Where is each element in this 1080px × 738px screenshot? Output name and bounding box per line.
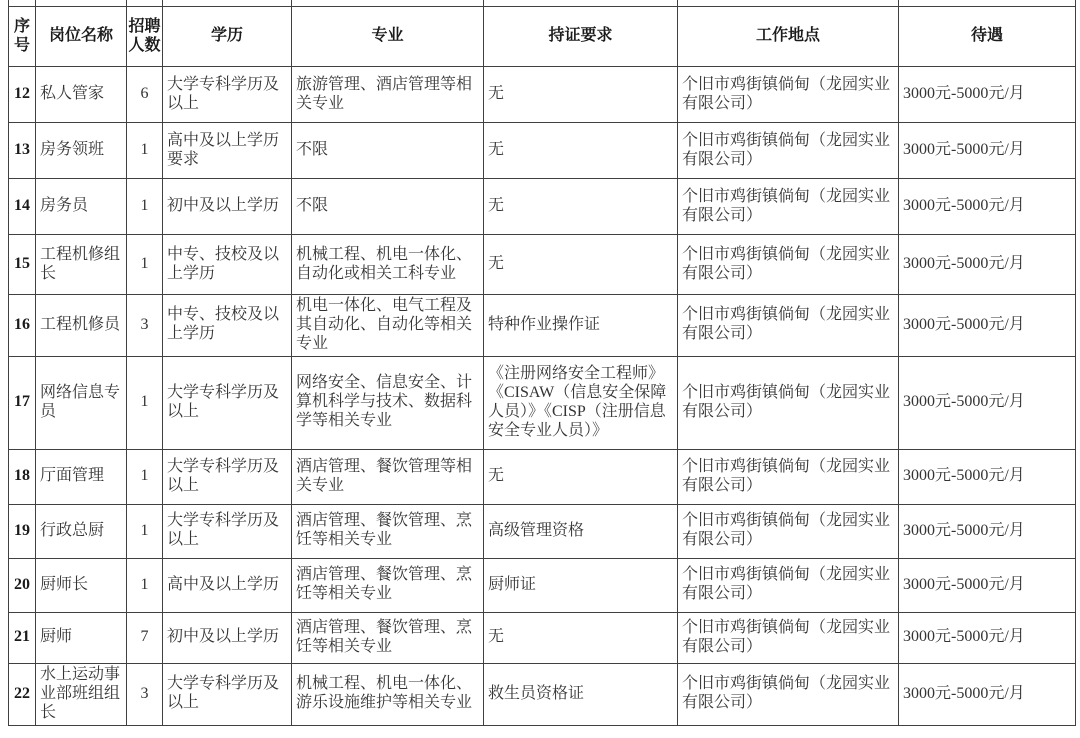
column-header-salary: 待遇 bbox=[899, 7, 1076, 67]
cell-cert: 无 bbox=[484, 612, 678, 663]
cell-salary: 3000元-5000元/月 bbox=[899, 67, 1076, 123]
table-row: 18厅面管理1大学专科学历及以上酒店管理、餐饮管理等相关专业无个旧市鸡街镇倘甸（… bbox=[9, 449, 1076, 504]
cell-cert: 《注册网络安全工程师》《CISAW（信息安全保障人员）》《CISP（注册信息安全… bbox=[484, 356, 678, 449]
cell-count: 3 bbox=[127, 295, 163, 357]
cell-salary: 3000元-5000元/月 bbox=[899, 295, 1076, 357]
cell-cert: 无 bbox=[484, 123, 678, 179]
cell-title: 厨师 bbox=[36, 612, 127, 663]
cell-edu: 初中及以上学历 bbox=[163, 612, 292, 663]
cell-salary: 3000元-5000元/月 bbox=[899, 663, 1076, 725]
cell-major: 机械工程、机电一体化、游乐设施维护等相关专业 bbox=[292, 663, 484, 725]
cell-edu: 大学专科学历及以上 bbox=[163, 663, 292, 725]
column-header-location: 工作地点 bbox=[678, 7, 899, 67]
cell-count: 7 bbox=[127, 612, 163, 663]
cell-cert: 厨师证 bbox=[484, 558, 678, 612]
cell-title: 工程机修员 bbox=[36, 295, 127, 357]
cell-title: 房务领班 bbox=[36, 123, 127, 179]
cell-edu: 高中及以上学历要求 bbox=[163, 123, 292, 179]
cell-cert: 高级管理资格 bbox=[484, 504, 678, 558]
cell-location: 个旧市鸡街镇倘甸（龙园实业有限公司） bbox=[678, 449, 899, 504]
cell-seq: 13 bbox=[9, 123, 36, 179]
column-header-major: 专业 bbox=[292, 7, 484, 67]
cell-edu: 大学专科学历及以上 bbox=[163, 67, 292, 123]
table-row: 21厨师7初中及以上学历酒店管理、餐饮管理、烹饪等相关专业无个旧市鸡街镇倘甸（龙… bbox=[9, 612, 1076, 663]
cell-major: 不限 bbox=[292, 179, 484, 235]
cell-seq: 15 bbox=[9, 235, 36, 295]
cell-location: 个旧市鸡街镇倘甸（龙园实业有限公司） bbox=[678, 295, 899, 357]
cell-major: 酒店管理、餐饮管理、烹饪等相关专业 bbox=[292, 612, 484, 663]
cell-edu: 高中及以上学历 bbox=[163, 558, 292, 612]
header-row: 序号岗位名称招聘人数学历专业持证要求工作地点待遇 bbox=[9, 7, 1076, 67]
cell-seq: 17 bbox=[9, 356, 36, 449]
cell-title: 私人管家 bbox=[36, 67, 127, 123]
cell-location: 个旧市鸡街镇倘甸（龙园实业有限公司） bbox=[678, 67, 899, 123]
table-row: 15工程机修组长1中专、技校及以上学历机械工程、机电一体化、自动化或相关工科专业… bbox=[9, 235, 1076, 295]
table-row: 13房务领班1高中及以上学历要求不限无个旧市鸡街镇倘甸（龙园实业有限公司）300… bbox=[9, 123, 1076, 179]
cell-seq: 22 bbox=[9, 663, 36, 725]
cell-cert: 特种作业操作证 bbox=[484, 295, 678, 357]
cell-edu: 中专、技校及以上学历 bbox=[163, 295, 292, 357]
cell-salary: 3000元-5000元/月 bbox=[899, 235, 1076, 295]
cell-title: 厅面管理 bbox=[36, 449, 127, 504]
table-row: 17网络信息专员1大学专科学历及以上网络安全、信息安全、计算机科学与技术、数据科… bbox=[9, 356, 1076, 449]
cell-edu: 大学专科学历及以上 bbox=[163, 356, 292, 449]
cell-salary: 3000元-5000元/月 bbox=[899, 356, 1076, 449]
cell-seq: 12 bbox=[9, 67, 36, 123]
cell-location: 个旧市鸡街镇倘甸（龙园实业有限公司） bbox=[678, 558, 899, 612]
cell-major: 机械工程、机电一体化、自动化或相关工科专业 bbox=[292, 235, 484, 295]
cell-major: 机电一体化、电气工程及其自动化、自动化等相关专业 bbox=[292, 295, 484, 357]
cell-count: 1 bbox=[127, 558, 163, 612]
cell-title: 工程机修组长 bbox=[36, 235, 127, 295]
job-table-header: 序号岗位名称招聘人数学历专业持证要求工作地点待遇 bbox=[9, 7, 1076, 67]
table-row: 12私人管家6大学专科学历及以上旅游管理、酒店管理等相关专业无个旧市鸡街镇倘甸（… bbox=[9, 67, 1076, 123]
cell-edu: 初中及以上学历 bbox=[163, 179, 292, 235]
cell-seq: 14 bbox=[9, 179, 36, 235]
cell-cert: 无 bbox=[484, 449, 678, 504]
cell-location: 个旧市鸡街镇倘甸（龙园实业有限公司） bbox=[678, 179, 899, 235]
cell-location: 个旧市鸡街镇倘甸（龙园实业有限公司） bbox=[678, 612, 899, 663]
cell-title: 行政总厨 bbox=[36, 504, 127, 558]
column-header-seq: 序号 bbox=[9, 7, 36, 67]
job-table-body: 12私人管家6大学专科学历及以上旅游管理、酒店管理等相关专业无个旧市鸡街镇倘甸（… bbox=[9, 67, 1076, 726]
column-header-edu: 学历 bbox=[163, 7, 292, 67]
cell-count: 3 bbox=[127, 663, 163, 725]
cell-count: 1 bbox=[127, 356, 163, 449]
cell-seq: 16 bbox=[9, 295, 36, 357]
cell-count: 1 bbox=[127, 179, 163, 235]
cell-count: 1 bbox=[127, 504, 163, 558]
cell-title: 厨师长 bbox=[36, 558, 127, 612]
cell-title: 网络信息专员 bbox=[36, 356, 127, 449]
cell-cert: 无 bbox=[484, 67, 678, 123]
recruitment-table-page: 序号岗位名称招聘人数学历专业持证要求工作地点待遇 12私人管家6大学专科学历及以… bbox=[0, 0, 1080, 738]
cell-major: 网络安全、信息安全、计算机科学与技术、数据科学等相关专业 bbox=[292, 356, 484, 449]
cell-count: 1 bbox=[127, 123, 163, 179]
cell-salary: 3000元-5000元/月 bbox=[899, 612, 1076, 663]
table-row: 19行政总厨1大学专科学历及以上酒店管理、餐饮管理、烹饪等相关专业高级管理资格个… bbox=[9, 504, 1076, 558]
cell-seq: 18 bbox=[9, 449, 36, 504]
cell-salary: 3000元-5000元/月 bbox=[899, 123, 1076, 179]
cell-location: 个旧市鸡街镇倘甸（龙园实业有限公司） bbox=[678, 356, 899, 449]
column-header-count: 招聘人数 bbox=[127, 7, 163, 67]
cell-major: 酒店管理、餐饮管理、烹饪等相关专业 bbox=[292, 558, 484, 612]
cell-count: 1 bbox=[127, 449, 163, 504]
table-row: 22水上运动事业部班组组长3大学专科学历及以上机械工程、机电一体化、游乐设施维护… bbox=[9, 663, 1076, 725]
cell-edu: 中专、技校及以上学历 bbox=[163, 235, 292, 295]
cell-count: 6 bbox=[127, 67, 163, 123]
cell-cert: 无 bbox=[484, 179, 678, 235]
cell-salary: 3000元-5000元/月 bbox=[899, 179, 1076, 235]
cell-salary: 3000元-5000元/月 bbox=[899, 449, 1076, 504]
table-row: 20厨师长1高中及以上学历酒店管理、餐饮管理、烹饪等相关专业厨师证个旧市鸡街镇倘… bbox=[9, 558, 1076, 612]
cell-seq: 21 bbox=[9, 612, 36, 663]
cell-title: 水上运动事业部班组组长 bbox=[36, 663, 127, 725]
cell-major: 酒店管理、餐饮管理、烹饪等相关专业 bbox=[292, 504, 484, 558]
cell-seq: 19 bbox=[9, 504, 36, 558]
cell-salary: 3000元-5000元/月 bbox=[899, 558, 1076, 612]
cell-edu: 大学专科学历及以上 bbox=[163, 504, 292, 558]
cell-title: 房务员 bbox=[36, 179, 127, 235]
cell-major: 不限 bbox=[292, 123, 484, 179]
table-row: 16工程机修员3中专、技校及以上学历机电一体化、电气工程及其自动化、自动化等相关… bbox=[9, 295, 1076, 357]
column-header-title: 岗位名称 bbox=[36, 7, 127, 67]
cell-major: 酒店管理、餐饮管理等相关专业 bbox=[292, 449, 484, 504]
column-header-cert: 持证要求 bbox=[484, 7, 678, 67]
cell-location: 个旧市鸡街镇倘甸（龙园实业有限公司） bbox=[678, 504, 899, 558]
cell-salary: 3000元-5000元/月 bbox=[899, 504, 1076, 558]
cell-major: 旅游管理、酒店管理等相关专业 bbox=[292, 67, 484, 123]
cell-location: 个旧市鸡街镇倘甸（龙园实业有限公司） bbox=[678, 663, 899, 725]
cell-count: 1 bbox=[127, 235, 163, 295]
cell-seq: 20 bbox=[9, 558, 36, 612]
cell-location: 个旧市鸡街镇倘甸（龙园实业有限公司） bbox=[678, 123, 899, 179]
cell-edu: 大学专科学历及以上 bbox=[163, 449, 292, 504]
cell-location: 个旧市鸡街镇倘甸（龙园实业有限公司） bbox=[678, 235, 899, 295]
cell-cert: 无 bbox=[484, 235, 678, 295]
job-table: 序号岗位名称招聘人数学历专业持证要求工作地点待遇 12私人管家6大学专科学历及以… bbox=[8, 6, 1076, 726]
table-row: 14房务员1初中及以上学历不限无个旧市鸡街镇倘甸（龙园实业有限公司）3000元-… bbox=[9, 179, 1076, 235]
cell-cert: 救生员资格证 bbox=[484, 663, 678, 725]
